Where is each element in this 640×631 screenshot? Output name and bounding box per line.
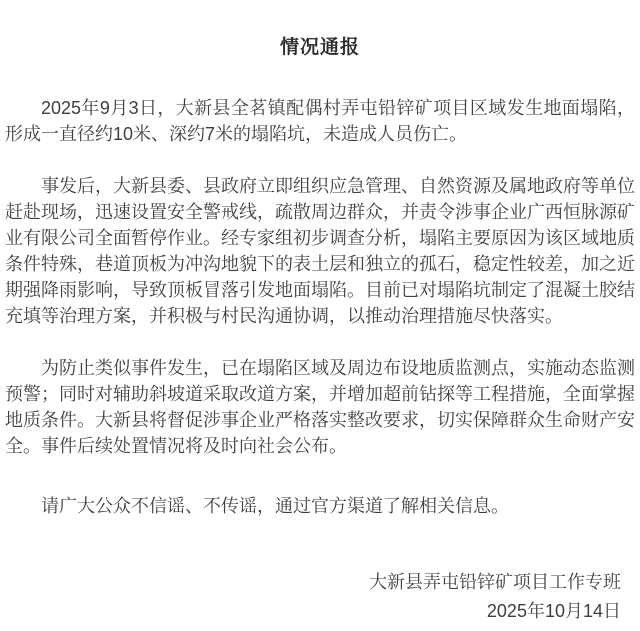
paragraph-public-appeal: 请广大公众不信谣、不传谣，通过官方渠道了解相关信息。	[5, 493, 635, 519]
paragraph-incident-summary: 2025年9月3日，大新县全茗镇配偶村弄屯铅锌矿项目区域发生地面塌陷，形成一直径…	[5, 95, 635, 147]
signature-issuer: 大新县弄屯铅锌矿项目工作专班	[5, 568, 621, 597]
document-body: 2025年9月3日，大新县全茗镇配偶村弄屯铅锌矿项目区域发生地面塌陷，形成一直径…	[0, 95, 640, 626]
signature-date: 2025年10月14日	[5, 597, 621, 626]
paragraph-response-and-cause: 事发后，大新县委、县政府立即组织应急管理、自然资源及属地政府等单位赶赴现场，迅速…	[5, 173, 635, 329]
signature-block: 大新县弄屯铅锌矿项目工作专班 2025年10月14日	[5, 568, 635, 626]
document-title: 情况通报	[0, 0, 640, 59]
paragraph-prevention-measures: 为防止类似事件发生，已在塌陷区域及周边布设地质监测点，实施动态监测预警；同时对辅…	[5, 355, 635, 459]
notice-document: 情况通报 2025年9月3日，大新县全茗镇配偶村弄屯铅锌矿项目区域发生地面塌陷，…	[0, 0, 640, 631]
